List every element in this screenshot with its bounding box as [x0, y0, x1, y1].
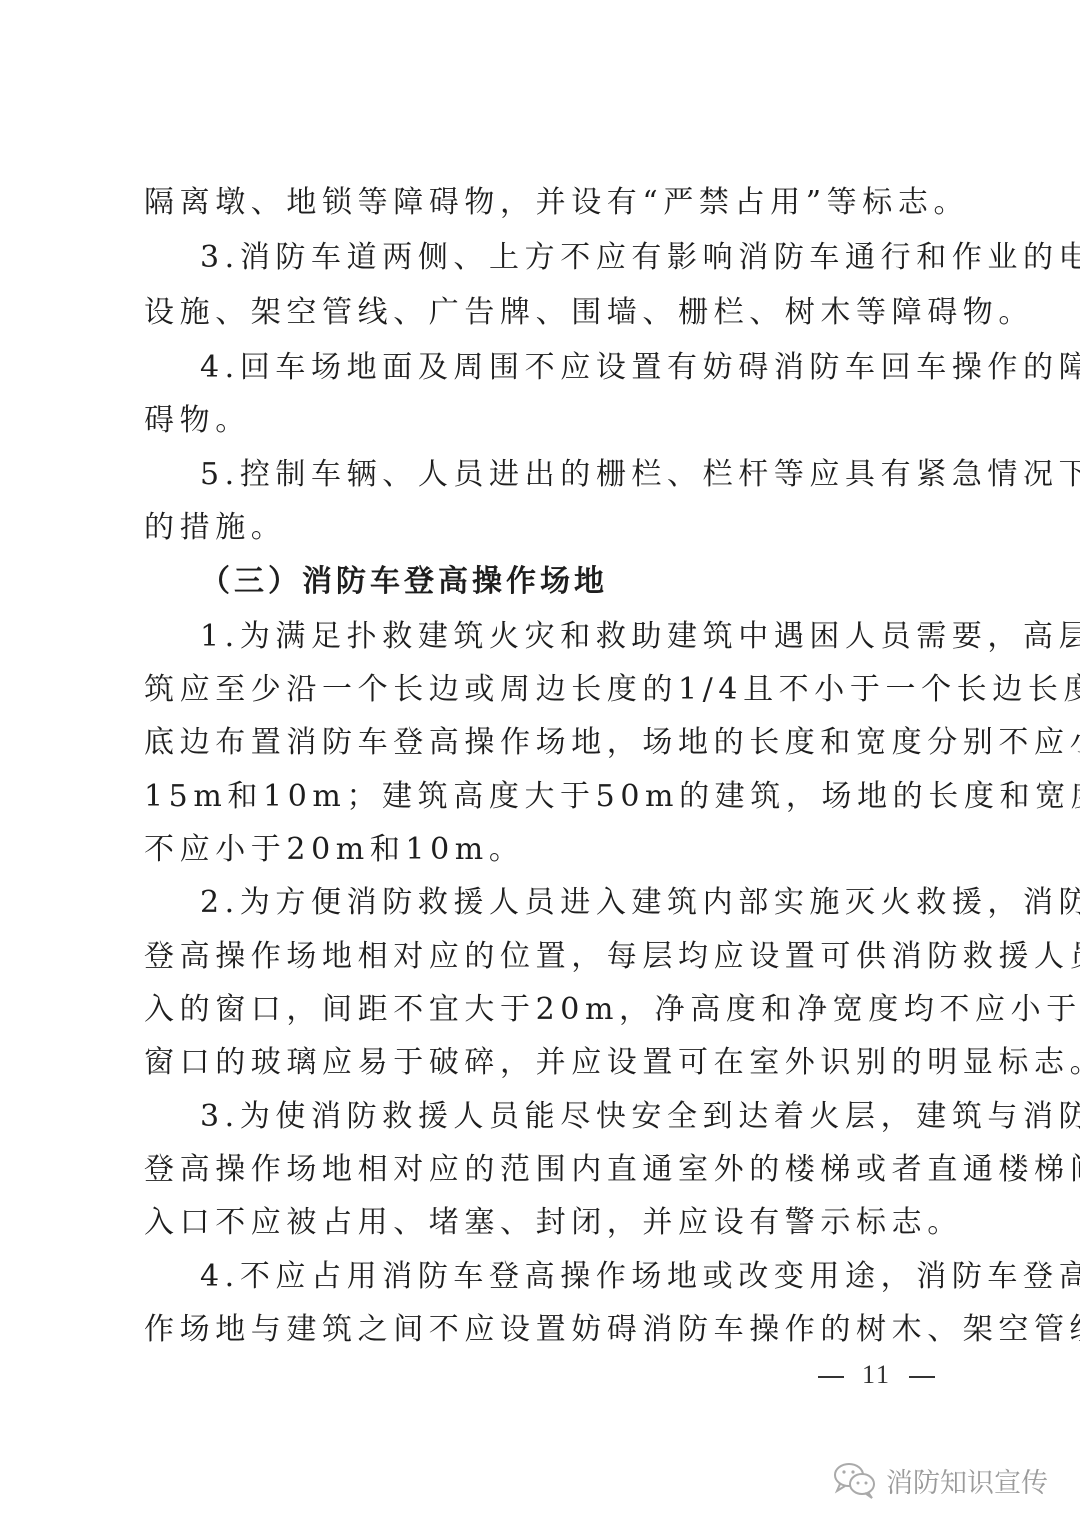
text-line: 3.消防车道两侧、上方不应有影响消防车通行和作业的电力 [200, 238, 944, 278]
watermark: 消防知识宣传 [832, 1460, 1048, 1500]
page-number: 11 [800, 1360, 953, 1390]
text-line: 15m和10m；建筑高度大于50m的建筑，场地的长度和宽度分别 [144, 777, 944, 817]
text-line: 4.不应占用消防车登高操作场地或改变用途，消防车登高操 [200, 1257, 944, 1297]
text-line: 4.回车场地面及周围不应设置有妨碍消防车回车操作的障 [200, 348, 944, 388]
watermark-text: 消防知识宣传 [886, 1461, 1048, 1500]
text-line: 窗口的玻璃应易于破碎，并应设置可在室外识别的明显标志。 [144, 1043, 944, 1083]
text-line: 登高操作场地相对应的范围内直通室外的楼梯或者直通楼梯间的 [144, 1150, 944, 1190]
section-heading: （三）消防车登高操作场地 [200, 562, 944, 602]
page-number-value: 11 [862, 1360, 891, 1389]
text-line: 碍物。 [144, 401, 944, 441]
text-line: 设施、架空管线、广告牌、围墙、栅栏、树木等障碍物。 [144, 293, 944, 333]
text-line: 入口不应被占用、堵塞、封闭，并应设有警示标志。 [144, 1203, 944, 1243]
text-line: 登高操作场地相对应的位置，每层均应设置可供消防救援人员进 [144, 937, 944, 977]
text-line: 1.为满足扑救建筑火灾和救助建筑中遇困人员需要，高层建 [200, 617, 944, 657]
wechat-icon [832, 1460, 878, 1500]
text-line: 不应小于20m和10m。 [144, 830, 944, 870]
dash-left [818, 1376, 844, 1378]
text-line: 入的窗口，间距不宜大于20m，净高度和净宽度均不应小于1.0m。 [144, 990, 944, 1030]
text-line: 2.为方便消防救援人员进入建筑内部实施灭火救援，消防车 [200, 883, 944, 923]
text-line: 3.为使消防救援人员能尽快安全到达着火层，建筑与消防车 [200, 1097, 944, 1137]
text-line: 作场地与建筑之间不应设置妨碍消防车操作的树木、架空管线等 [144, 1310, 944, 1350]
text-line: 筑应至少沿一个长边或周边长度的1/4且不小于一个长边长度的 [144, 670, 944, 710]
text-line: 5.控制车辆、人员进出的栅栏、栏杆等应具有紧急情况下开启 [200, 455, 944, 495]
text-line: 隔离墩、地锁等障碍物，并设有“严禁占用”等标志。 [144, 183, 944, 223]
text-line: 的措施。 [144, 508, 944, 548]
text-line: 底边布置消防车登高操作场地，场地的长度和宽度分别不应小于 [144, 723, 944, 763]
document-page: 隔离墩、地锁等障碍物，并设有“严禁占用”等标志。 3.消防车道两侧、上方不应有影… [0, 0, 1080, 1527]
dash-right [909, 1376, 935, 1378]
